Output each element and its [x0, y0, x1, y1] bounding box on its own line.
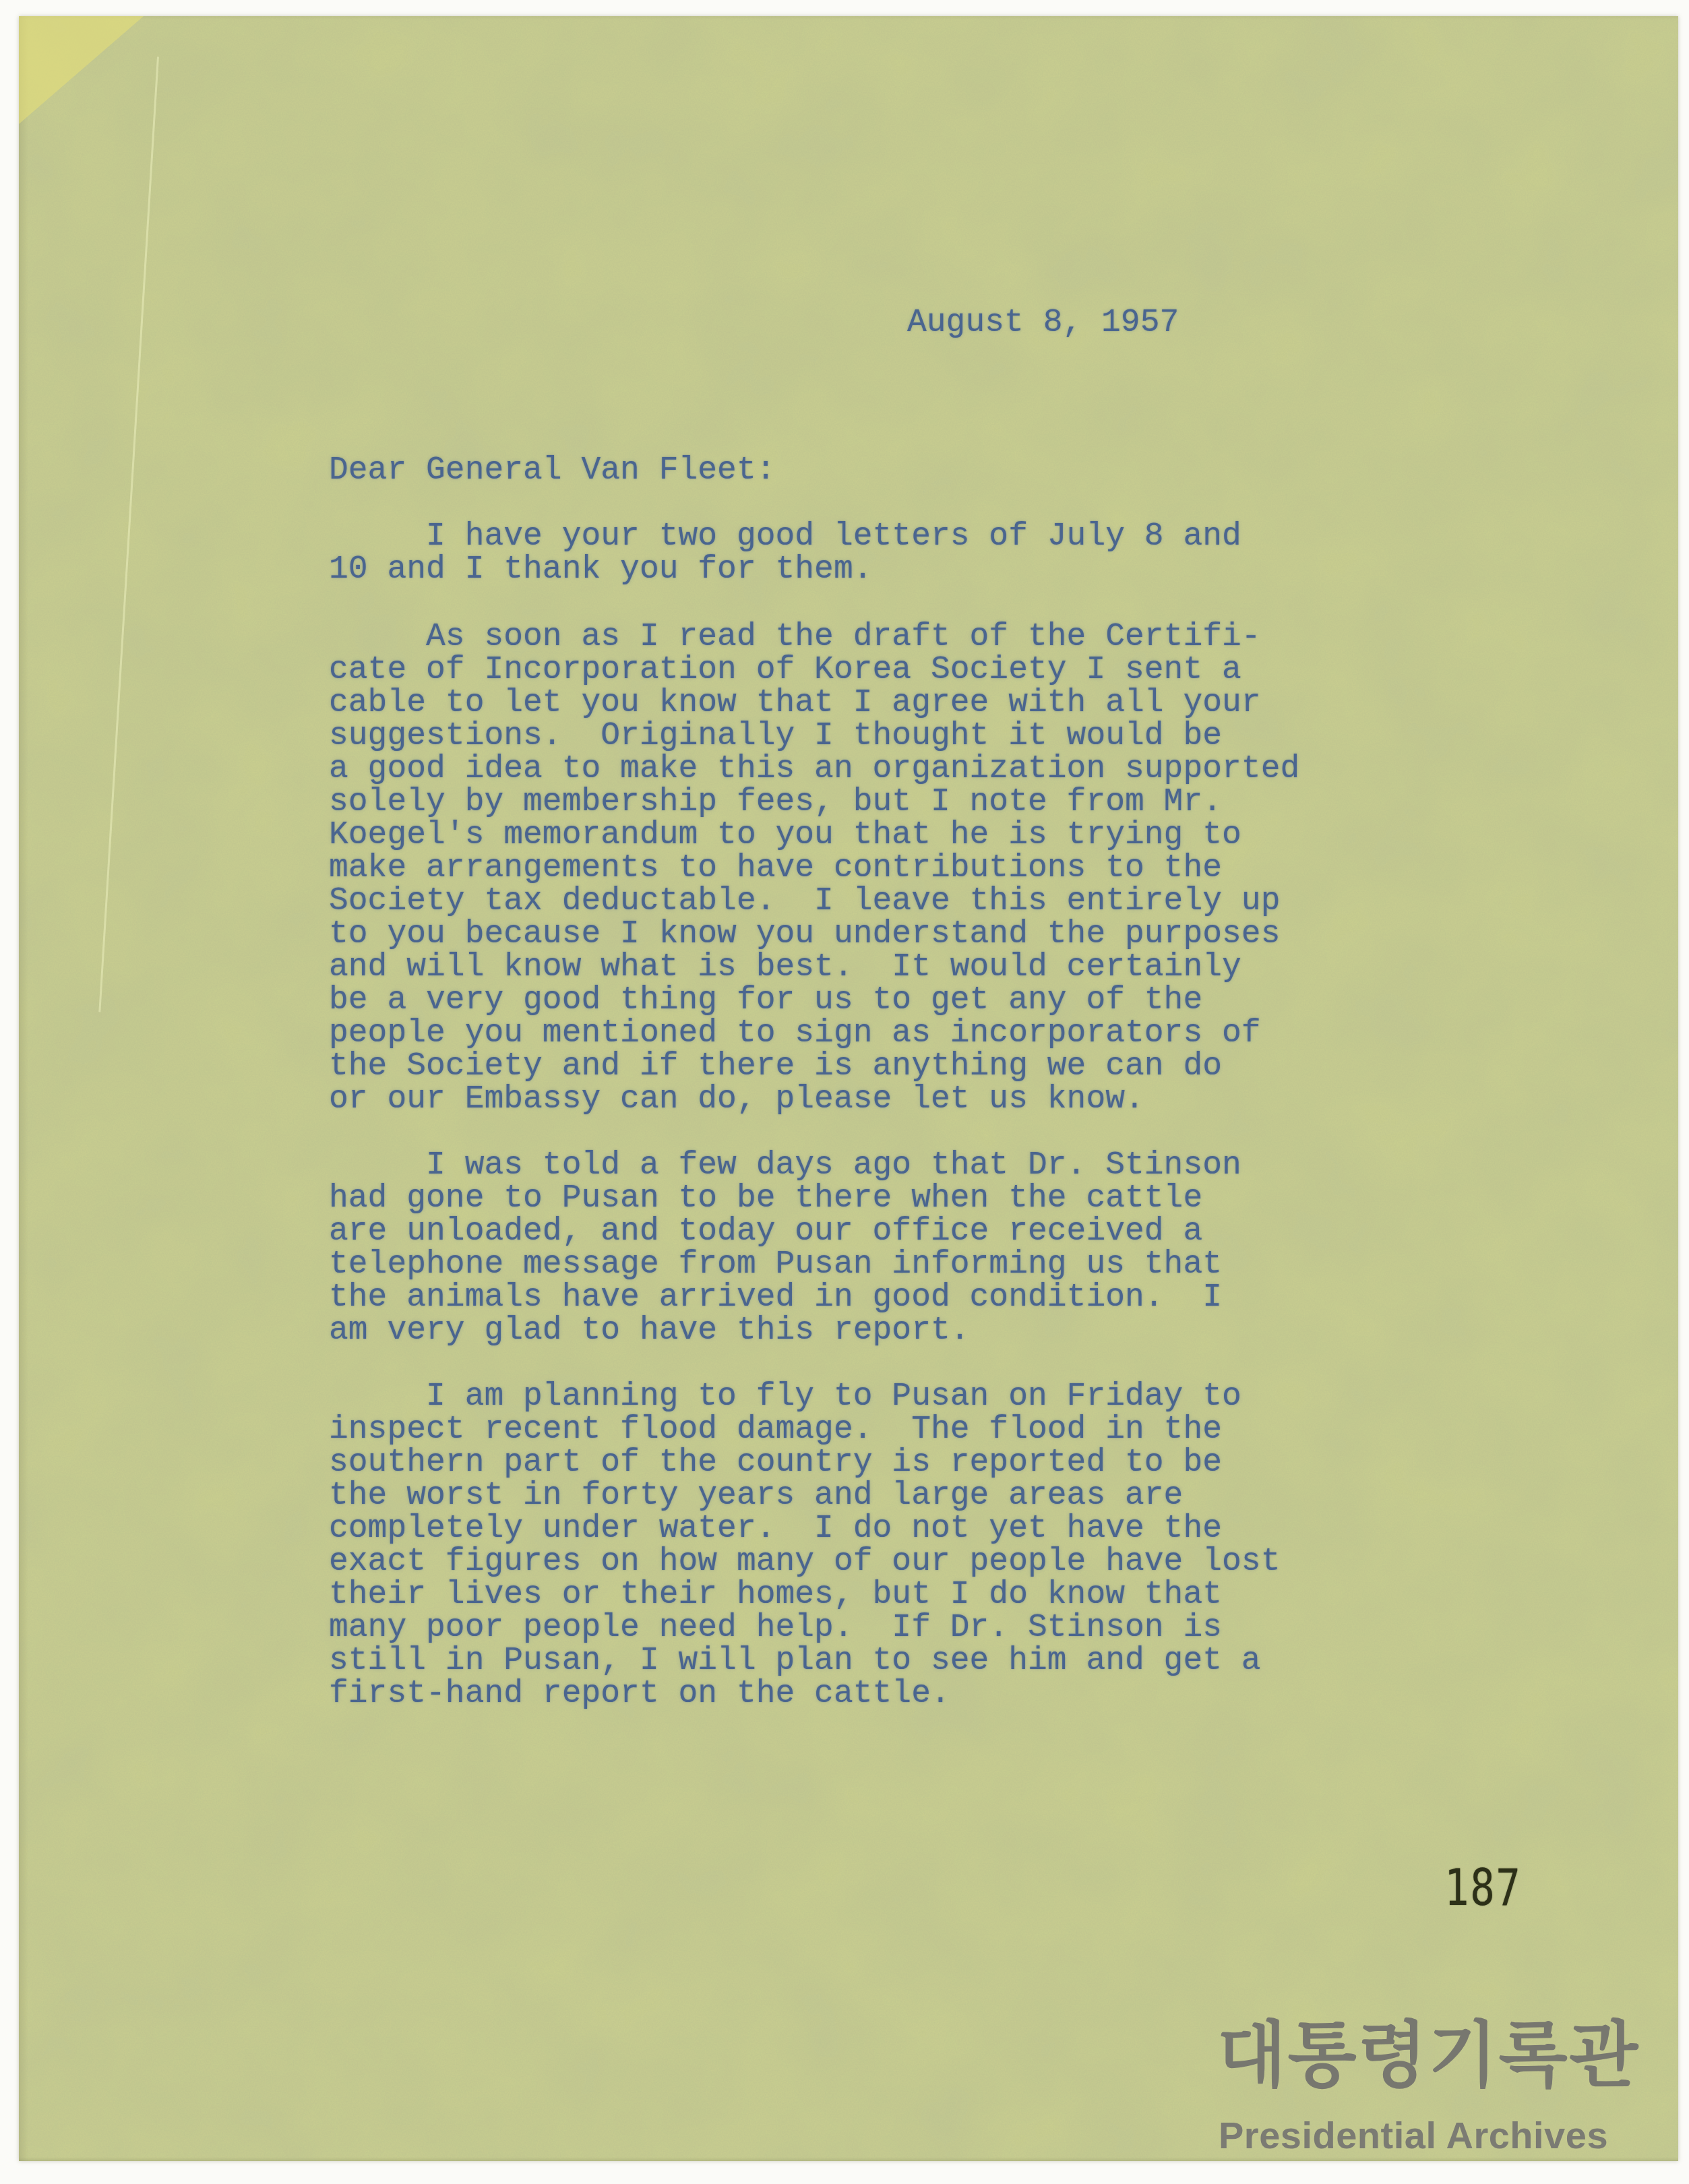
letter-paragraph-2: As soon as I read the draft of the Certi…: [329, 621, 1299, 1116]
watermark-english-label: Presidential Archives: [1219, 2114, 1608, 2157]
letter-paragraph-1: I have your two good letters of July 8 a…: [329, 520, 1241, 586]
paper: August 8, 1957 Dear General Van Fleet: I…: [19, 16, 1678, 2161]
watermark-korean-label: 대통령기록관: [1217, 2020, 1639, 2091]
scan-background: August 8, 1957 Dear General Van Fleet: I…: [0, 0, 1689, 2184]
letter-paragraph-4: I am planning to fly to Pusan on Friday …: [329, 1381, 1280, 1711]
letter-date: August 8, 1957: [907, 307, 1179, 340]
page-number-stamp: 187: [1444, 1860, 1522, 1917]
letter-salutation: Dear General Van Fleet:: [329, 454, 776, 487]
letter-paragraph-3: I was told a few days ago that Dr. Stins…: [329, 1149, 1241, 1347]
